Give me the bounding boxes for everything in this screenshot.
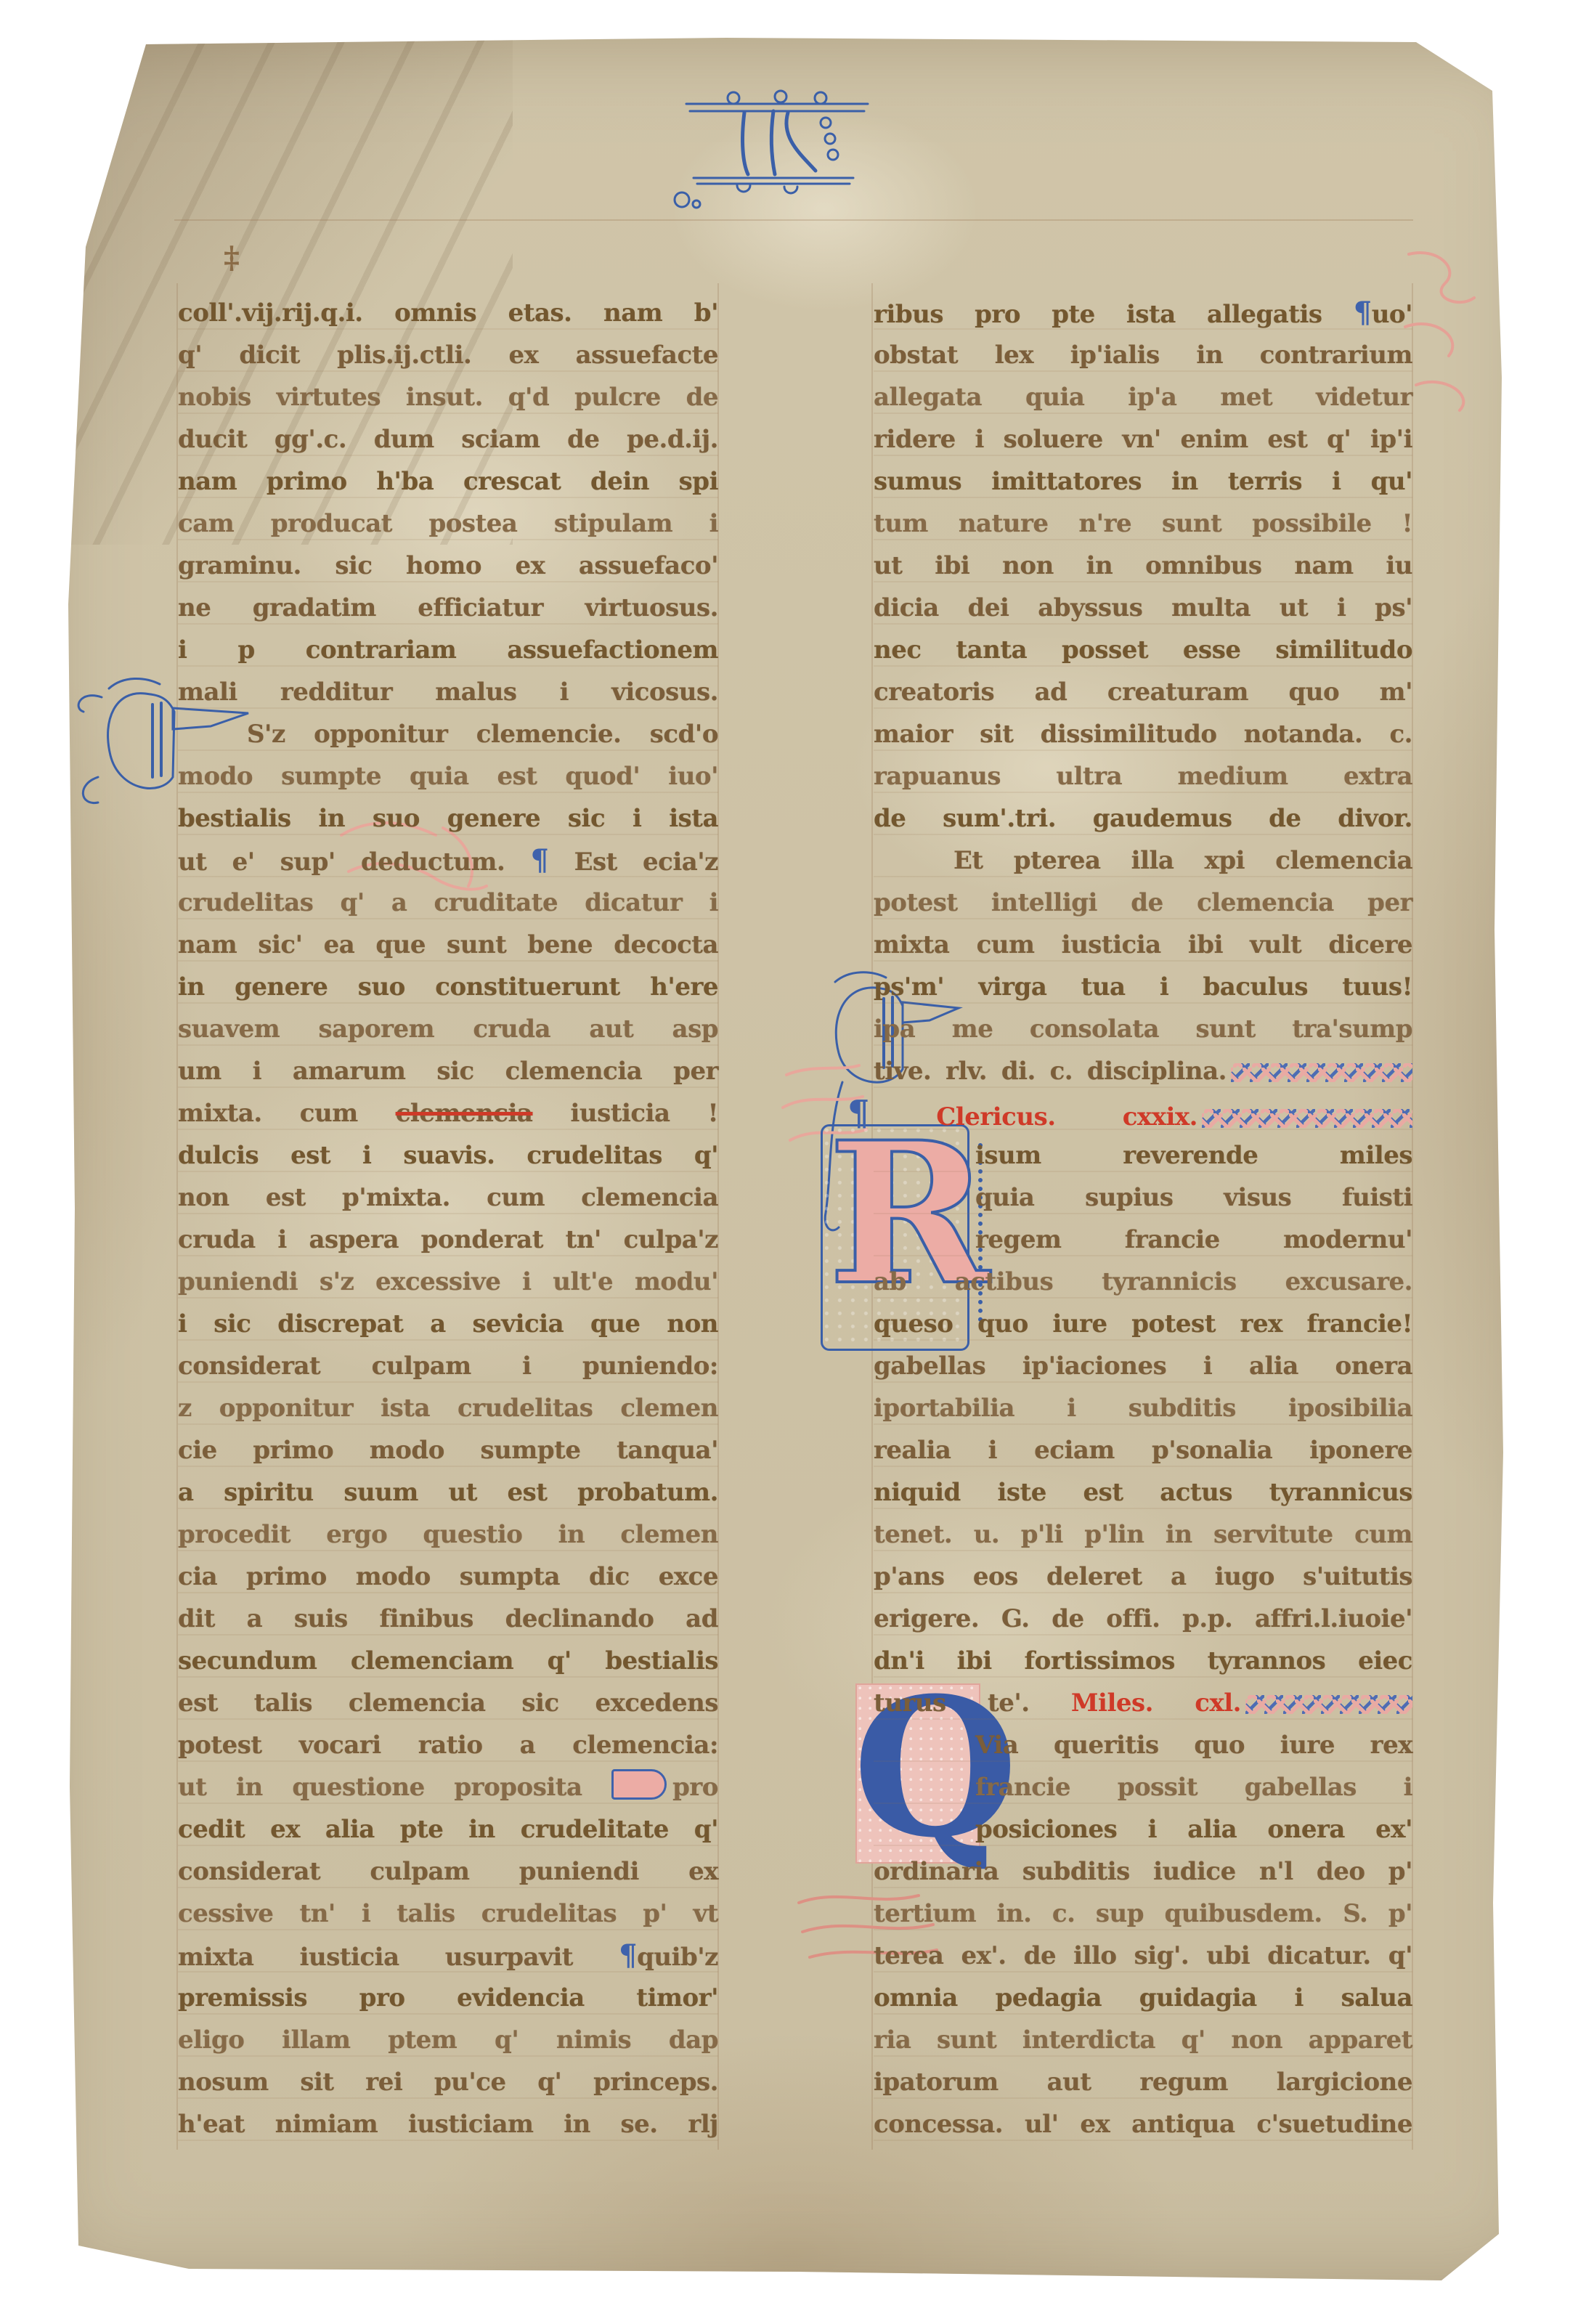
- text-line: francie possit gabellas i: [874, 1766, 1412, 1808]
- text-run: ut in questione proposita: [178, 1773, 611, 1802]
- text-line: Via queritis quo iure rex: [874, 1724, 1412, 1766]
- text-line: tertium in. c. sup quibusdem. S. p': [874, 1893, 1412, 1935]
- text-line: eligo illam ptem q' nimis dap: [178, 2019, 718, 2061]
- text-line: tive. rlv. di. c. disciplina.: [874, 1050, 1412, 1092]
- text-line: dit a suis finibus declinando ad: [178, 1598, 718, 1640]
- text-line: ducit gg'.c. dum sciam de pe.d.ij.: [178, 418, 718, 460]
- text-line: allegata quia ip'a met videtur: [874, 376, 1412, 418]
- text-line: niquid iste est actus tyrannicus: [874, 1471, 1412, 1514]
- text-line: tum nature n're sunt possibile !: [874, 503, 1412, 545]
- text-line: i sic discrepat a sevicia que non: [178, 1303, 718, 1345]
- text-line: turus te'. Miles. cxl.: [874, 1682, 1412, 1724]
- text-line: um i amarum sic clemencia per: [178, 1050, 718, 1092]
- text-line: ut in questione proposita pro: [178, 1766, 718, 1808]
- zigzag-line-filler: [1231, 1063, 1412, 1082]
- text-line: ne gradatim efficiatur virtuosus.: [178, 587, 718, 629]
- text-line: ut e' sup' deductum. ¶ Est ecia'z: [178, 840, 718, 882]
- text-run: tive. rlv. di. c. disciplina.: [874, 1057, 1227, 1086]
- text-line: bestialis in suo genere sic i ista: [178, 797, 718, 840]
- text-line: h'eat nimiam iusticiam in se. rlj: [178, 2103, 718, 2145]
- pilcrow-icon: ¶: [530, 843, 548, 877]
- text-line: quia supius visus fuisti: [874, 1177, 1412, 1219]
- text-run: mixta. cum: [178, 1099, 396, 1128]
- text-line: crudelitas q' a cruditate dicatur i: [178, 882, 718, 924]
- text-line: S'z opponitur clemencie. scd'o: [178, 713, 718, 755]
- text-line: cruda i aspera ponderat tn' culpa'z: [178, 1219, 718, 1261]
- text-line: ps'm' virga tua i baculus tuus!: [874, 966, 1412, 1008]
- text-run: ribus pro pte ista allegatis: [874, 300, 1354, 329]
- text-line: p'ans eos deleret a iugo s'uitutis: [874, 1556, 1412, 1598]
- text-column-left: coll'.vij.rij.q.i. omnis etas. nam b'q' …: [178, 292, 718, 2145]
- text-line: isum reverende miles: [874, 1134, 1412, 1177]
- text-line: maior sit dissimilitudo notanda. c.: [874, 713, 1412, 755]
- text-line: ab actibus tyrannicis excusare.: [874, 1261, 1412, 1303]
- rubric-text: Miles. cxl.: [1071, 1689, 1241, 1718]
- marginal-cross-mark: ‡: [224, 240, 240, 275]
- text-line: suavem saporem cruda aut asp: [178, 1008, 718, 1050]
- text-line: graminu. sic homo ex assuefaco': [178, 545, 718, 587]
- text-line: sumus imittatores in terris i qu': [874, 460, 1412, 503]
- text-line: nam primo h'ba crescat dein spi: [178, 460, 718, 503]
- text-line: erigere. G. de offi. p.p. affri.l.iuoie': [874, 1598, 1412, 1640]
- text-line: creatoris ad creaturam quo m': [874, 671, 1412, 713]
- text-line: nosum sit rei pu'ce q' princeps.: [178, 2061, 718, 2103]
- text-line: secundum clemenciam q' bestialis: [178, 1640, 718, 1682]
- text-line: q' dicit plis.ij.ctli. ex assuefacte: [178, 334, 718, 376]
- text-line: ipa me consolata sunt tra'sump: [874, 1008, 1412, 1050]
- text-line: modo sumpte quia est quod' iuo': [178, 755, 718, 797]
- text-line: ria sunt interdicta q' non apparet: [874, 2019, 1412, 2061]
- text-line: omnia pedagia guidagia i salua: [874, 1977, 1412, 2019]
- text-line: non est p'mixta. cum clemencia: [178, 1177, 718, 1219]
- rubric-text: Clericus. cxxix.: [936, 1102, 1197, 1131]
- text-line: iportabilia i subditis iposibilia: [874, 1387, 1412, 1429]
- text-line: terea ex'. de illo sig'. ubi dicatur. q': [874, 1935, 1412, 1977]
- text-line: in genere suo constituerunt h'ere: [178, 966, 718, 1008]
- text-line: realia i eciam p'sonalia iponere: [874, 1429, 1412, 1471]
- pilcrow-icon: ¶: [1354, 296, 1372, 330]
- text-line: ¶ Clericus. cxxix.: [874, 1092, 1412, 1134]
- text-line: z opponitur ista crudelitas clemen: [178, 1387, 718, 1429]
- text-line: concessa. ul' ex antiqua c'suetudine: [874, 2103, 1412, 2145]
- text-line: posiciones i alia onera ex': [874, 1808, 1412, 1850]
- text-line: premissis pro evidencia timor': [178, 1977, 718, 2019]
- text-run: ut e' sup' deductum.: [178, 848, 530, 877]
- text-line: cie primo modo sumpte tanqua': [178, 1429, 718, 1471]
- text-line: est talis clemencia sic excedens: [178, 1682, 718, 1724]
- text-line: Et pterea illa xpi clemencia: [874, 840, 1412, 882]
- strikethrough-word: clemencia: [396, 1099, 533, 1128]
- penwork-header-ornament: [672, 69, 882, 214]
- text-line: nec tanta posset esse similitudo: [874, 629, 1412, 671]
- text-run: turus te'.: [874, 1689, 1071, 1718]
- text-line: coll'.vij.rij.q.i. omnis etas. nam b': [178, 292, 718, 334]
- text-run: uo': [1372, 300, 1412, 329]
- text-line: procedit ergo questio in clemen: [178, 1514, 718, 1556]
- paraph-pennant-icon: [611, 1769, 667, 1800]
- text-line: regem francie modernu': [874, 1219, 1412, 1261]
- text-line: nobis virtutes insut. q'd pulcre de: [178, 376, 718, 418]
- text-line: ribus pro pte ista allegatis ¶uo': [874, 292, 1412, 334]
- zigzag-line-filler: [1202, 1109, 1412, 1128]
- text-line: ipatorum aut regum largicione: [874, 2061, 1412, 2103]
- zigzag-line-filler: [1245, 1695, 1412, 1714]
- text-line: nam sic' ea que sunt bene decocta: [178, 924, 718, 966]
- text-line: tenet. u. p'li p'lin in servitute cum: [874, 1514, 1412, 1556]
- text-run: pro: [672, 1773, 718, 1802]
- text-line: rapuanus ultra medium extra: [874, 755, 1412, 797]
- text-column-right: ribus pro pte ista allegatis ¶uo'obstat …: [874, 292, 1412, 2145]
- pilcrow-icon: ¶: [847, 1093, 869, 1134]
- text-line: potest vocari ratio a clemencia:: [178, 1724, 718, 1766]
- parchment-leaf: ‡ R Q coll'.vij.rij.q.i. omnis etas. nam…: [0, 0, 1586, 2324]
- text-line: considerat culpam i puniendo:: [178, 1345, 718, 1387]
- text-line: dulcis est i suavis. crudelitas q': [178, 1134, 718, 1177]
- text-line: de sum'.tri. gaudemus de divor.: [874, 797, 1412, 840]
- text-line: dicia dei abyssus multa ut i ps': [874, 587, 1412, 629]
- text-line: ordinaria subditis iudice n'l deo p': [874, 1850, 1412, 1893]
- text-line: cedit ex alia pte in crudelitate q': [178, 1808, 718, 1850]
- manuscript-scan: { "colors":{ "background":"#ffffff","par…: [0, 0, 1586, 2324]
- text-run: mixta iusticia usurpavit: [178, 1943, 619, 1972]
- text-line: ridere i soluere vn' enim est q' ip'i: [874, 418, 1412, 460]
- text-run: [869, 1102, 936, 1131]
- text-line: considerat culpam puniendi ex: [178, 1850, 718, 1893]
- ruling-line: [174, 219, 1413, 221]
- text-line: mixta iusticia usurpavit ¶quib'z: [178, 1935, 718, 1977]
- text-line: i p contrariam assuefactionem: [178, 629, 718, 671]
- text-line: queso quo iure potest rex francie!: [874, 1303, 1412, 1345]
- text-run: Est ecia'z: [548, 848, 718, 877]
- text-line: obstat lex ip'ialis in contrarium: [874, 334, 1412, 376]
- text-line: mixta. cum clemencia iusticia !: [178, 1092, 718, 1134]
- text-line: a spiritu suum ut est probatum.: [178, 1471, 718, 1514]
- text-line: puniendi s'z excessive i ult'e modu': [178, 1261, 718, 1303]
- text-line: dn'i ibi fortissimos tyrannos eiec: [874, 1640, 1412, 1682]
- text-line: ut ibi non in omnibus nam iu: [874, 545, 1412, 587]
- text-line: cessive tn' i talis crudelitas p' vt: [178, 1893, 718, 1935]
- text-line: cia primo modo sumpta dic exce: [178, 1556, 718, 1598]
- text-line: cam producat postea stipulam i: [178, 503, 718, 545]
- text-line: gabellas ip'iaciones i alia onera: [874, 1345, 1412, 1387]
- text-run: quib'z: [637, 1943, 718, 1972]
- text-line: mixta cum iusticia ibi vult dicere: [874, 924, 1412, 966]
- pilcrow-icon: ¶: [619, 1938, 637, 1972]
- text-run: iusticia !: [532, 1099, 718, 1128]
- text-line: potest intelligi de clemencia per: [874, 882, 1412, 924]
- text-line: mali redditur malus i vicosus.: [178, 671, 718, 713]
